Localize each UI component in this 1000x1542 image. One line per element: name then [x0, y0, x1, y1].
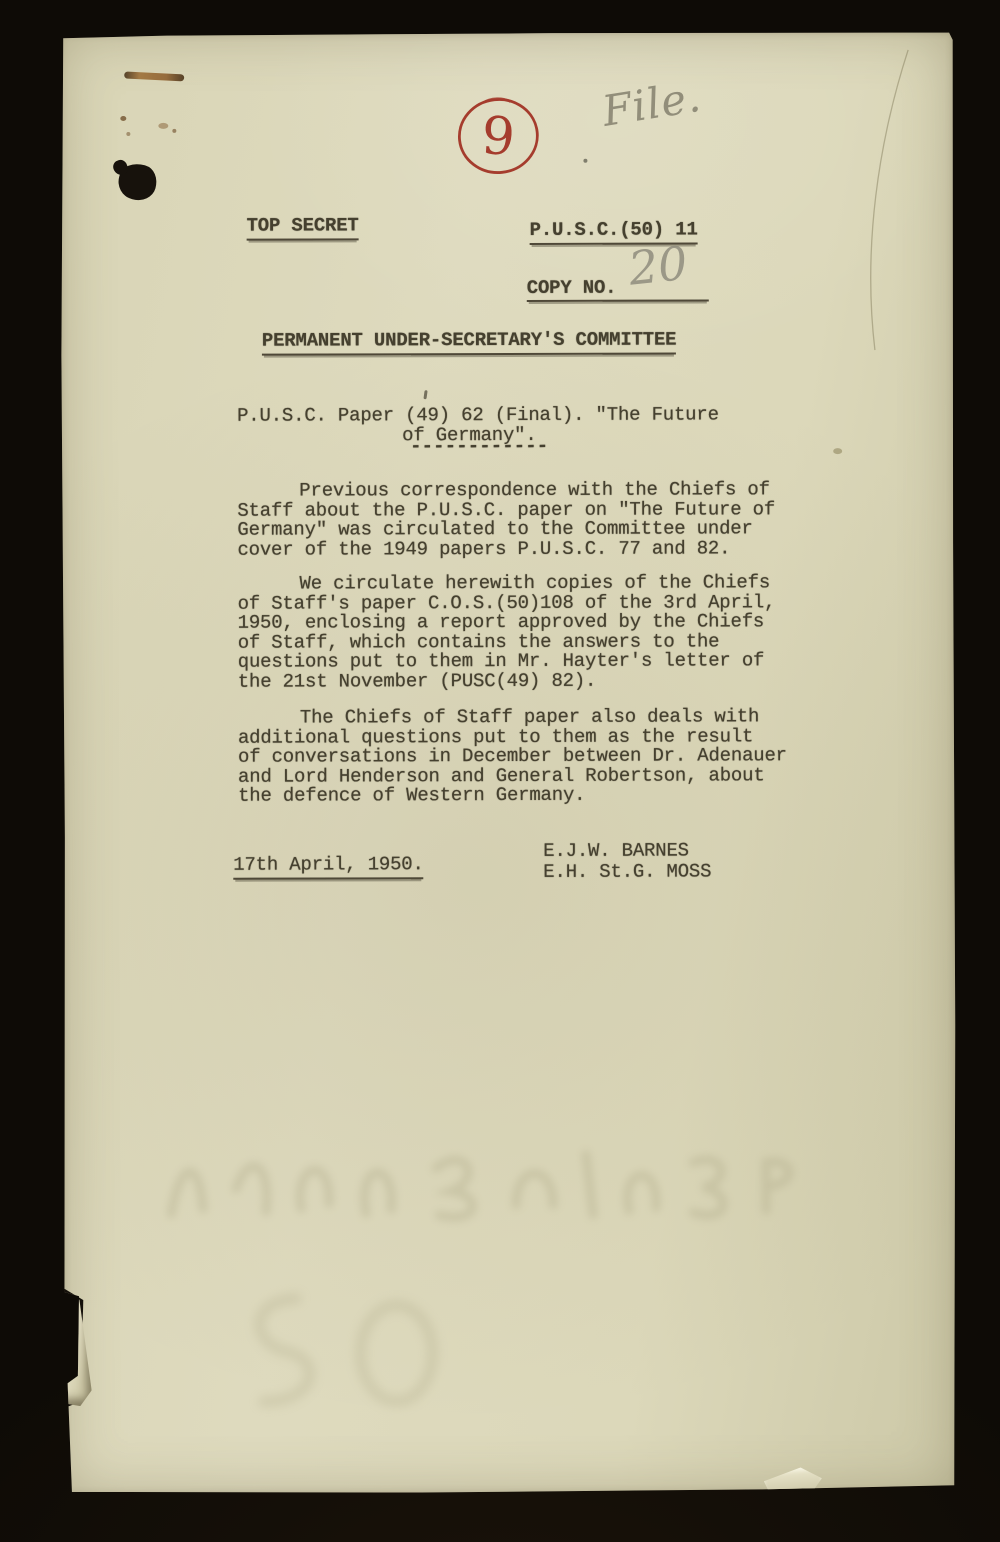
rust-speck — [126, 132, 130, 136]
scan-background: { "page": { "background_color": "#0e0b06… — [0, 0, 1000, 1542]
body-paragraph-1: Previous correspondence with the Chiefs … — [237, 480, 775, 559]
body-paragraph-3: The Chiefs of Staff paper also deals wit… — [238, 707, 787, 806]
pencil-dot — [583, 159, 587, 163]
file-note-annotation: File. — [592, 58, 742, 142]
copy-number-annotation: 20 — [619, 230, 719, 298]
copy-number-text: 20 — [625, 236, 690, 296]
body-paragraph-2: We circulate herewith copies of the Chie… — [238, 573, 776, 691]
circled-number: 9 — [480, 106, 517, 168]
date-line: 17th April, 1950. — [233, 855, 423, 879]
torn-paper-flap — [61, 1294, 91, 1406]
subject-rule: ------------ — [410, 437, 548, 457]
document-page: 9 File. 20 TOP SECRET P.U.S.C.(50) 11 CO… — [60, 32, 957, 1494]
classification-marking: TOP SECRET — [247, 216, 359, 240]
rust-speck — [120, 116, 126, 121]
staple-rust-mark — [124, 71, 184, 81]
copy-number-label: COPY NO. — [527, 276, 617, 298]
rust-speck — [172, 129, 176, 133]
bleed-through-lower — [211, 1273, 511, 1434]
circled-number-annotation: 9 — [452, 91, 544, 179]
bleed-through-upper — [141, 1132, 831, 1244]
file-note-text: File. — [598, 72, 705, 136]
rust-speck — [158, 123, 168, 129]
committee-title: PERMANENT UNDER-SECRETARY'S COMMITTEE — [262, 331, 677, 356]
corner-crease — [790, 32, 941, 362]
paper-blemish — [833, 448, 842, 454]
bottom-tear-flap — [763, 1466, 823, 1494]
signature-block: E.J.W. BARNES E.H. St.G. MOSS — [543, 840, 711, 881]
ink-speck — [423, 390, 427, 399]
